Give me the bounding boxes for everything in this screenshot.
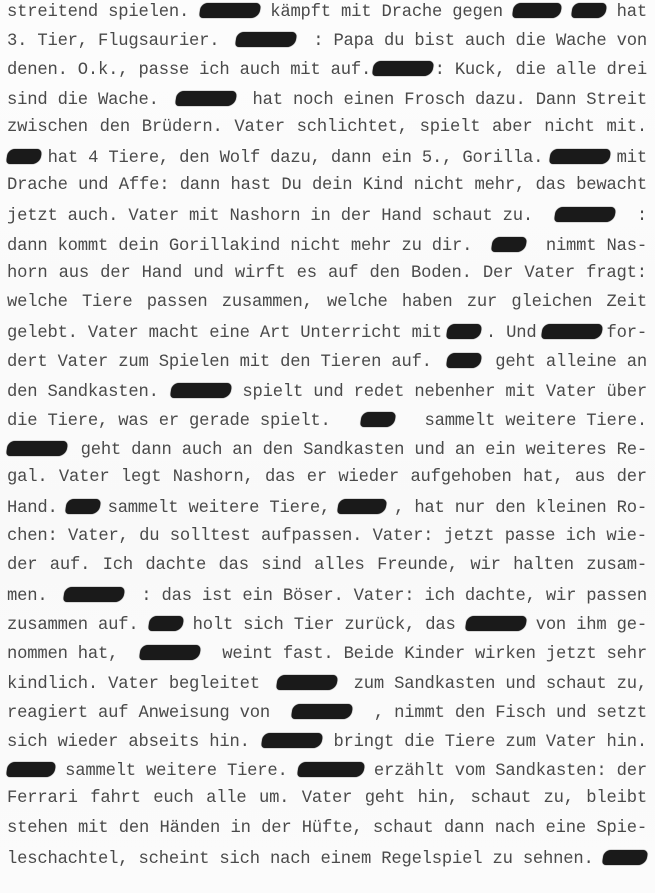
- word: das: [535, 176, 565, 195]
- word: der: [261, 819, 291, 838]
- text-line: denen. O.k., passe ich auch mit auf.: Ku…: [7, 59, 647, 85]
- word: schaut: [373, 819, 434, 838]
- text-segment: nimmt Nas-: [546, 237, 647, 256]
- text-line: jetzt auch. Vater mit Nashorn in der Han…: [7, 205, 647, 231]
- redaction-mark: [360, 412, 396, 427]
- redaction-mark: [372, 61, 434, 76]
- redaction-mark: [540, 324, 602, 339]
- text-line: nommen hat,weint fast. Beide Kinder wirk…: [7, 643, 647, 669]
- text-segment: , nimmt den Fisch und setzt: [374, 704, 647, 723]
- scanned-document-page: streitend spielen.kämpft mit Drache gege…: [0, 0, 655, 893]
- word: solltest: [170, 527, 251, 546]
- word: legt: [121, 468, 161, 487]
- word: ich: [566, 527, 596, 546]
- word: wieder: [338, 468, 399, 487]
- redaction-mark: [554, 207, 616, 222]
- redaction-mark: [571, 3, 607, 18]
- text-line: dert Vater zum Spielen mit den Tieren au…: [7, 351, 647, 377]
- word: Händen: [159, 819, 220, 838]
- text-line: streitend spielen.kämpft mit Drache gege…: [7, 1, 647, 27]
- text-line: reagiert auf Anweisung von, nimmt den Fi…: [7, 702, 647, 728]
- text-line: hat 4 Tiere, den Wolf dazu, dann ein 5.,…: [7, 147, 647, 173]
- word: dachte: [145, 556, 206, 575]
- text-line: gal.VaterlegtNashorn,daserwiederaufgehob…: [7, 468, 647, 494]
- text-segment: sich wieder abseits hin.: [7, 733, 250, 752]
- redaction-mark: [291, 704, 353, 719]
- redaction-mark: [276, 675, 338, 690]
- word: schlichtet,: [297, 118, 408, 137]
- word: fahrt: [90, 789, 141, 808]
- word: aus: [575, 468, 605, 487]
- word: passen: [147, 293, 208, 312]
- text-segment: men.: [7, 587, 47, 606]
- text-line: leschachtel, scheint sich nach einem Reg…: [7, 848, 647, 874]
- text-segment: holt sich Tier zurück, das: [193, 616, 456, 635]
- word: Hüfte,: [302, 819, 363, 838]
- word: Freunde,: [377, 556, 458, 575]
- redaction-mark: [147, 616, 183, 631]
- text-segment: mit: [617, 149, 647, 168]
- word: jetzt: [444, 527, 495, 546]
- word: zu,: [544, 789, 574, 808]
- text-segment: erzählt vom Sandkasten: der: [374, 762, 647, 781]
- word: Kind: [363, 176, 403, 195]
- word: Du: [281, 176, 301, 195]
- word: du: [139, 527, 159, 546]
- text-segment: : das ist ein Böser. Vater: ich dachte, …: [141, 587, 647, 606]
- redaction-mark: [235, 32, 297, 47]
- word: Spie-: [596, 819, 647, 838]
- redaction-mark: [6, 762, 56, 777]
- text-segment: leschachtel, scheint sich nach einem Reg…: [7, 850, 594, 869]
- word: den: [119, 819, 149, 838]
- word: Boden.: [411, 264, 472, 283]
- word: zur: [467, 293, 497, 312]
- word: welche: [7, 293, 68, 312]
- word: den: [100, 118, 130, 137]
- word: stehen: [7, 819, 68, 838]
- word: auf: [328, 264, 358, 283]
- text-segment: hat: [617, 3, 647, 22]
- text-segment: hat 4 Tiere, den Wolf dazu, dann ein 5.,…: [48, 149, 544, 168]
- text-segment: sind die Wache.: [7, 91, 159, 110]
- word: Vater: [59, 468, 110, 487]
- text-segment: gelebt. Vater macht eine Art Unterricht …: [7, 324, 442, 343]
- word: Brüdern.: [142, 118, 223, 137]
- word: wirft: [235, 264, 286, 283]
- text-line: zusammen auf.holt sich Tier zurück, dasv…: [7, 614, 647, 640]
- redaction-mark: [491, 237, 527, 252]
- redaction-mark: [446, 324, 482, 339]
- word: in: [231, 819, 251, 838]
- redaction-mark: [297, 762, 365, 777]
- word: aus: [59, 264, 89, 283]
- text-segment: sammelt weitere Tiere.: [65, 762, 288, 781]
- redaction-mark: [512, 3, 562, 18]
- text-segment: dann kommt dein Gorillakind nicht mehr z…: [7, 237, 472, 256]
- redaction-mark: [199, 3, 261, 18]
- word: horn: [7, 264, 47, 283]
- word: wie-: [606, 527, 646, 546]
- word: Vater,: [68, 527, 129, 546]
- text-line: den Sandkasten.spielt und redet nebenher…: [7, 381, 647, 407]
- text-segment: von ihm ge-: [536, 616, 647, 635]
- text-line: zwischendenBrüdern.Vaterschlichtet,spiel…: [7, 118, 647, 144]
- text-segment: . Und: [486, 324, 537, 343]
- text-segment: bringt die Tiere zum Vater hin.: [333, 733, 647, 752]
- text-segment: die Tiere, was er gerade spielt.: [7, 412, 331, 431]
- word: halten: [513, 556, 574, 575]
- text-segment: sammelt weitere Tiere.: [424, 412, 647, 431]
- text-line: dann kommt dein Gorillakind nicht mehr z…: [7, 235, 647, 261]
- word: alles: [314, 556, 365, 575]
- text-segment: geht dann auch an den Sandkasten und an …: [81, 441, 647, 460]
- text-segment: jetzt auch. Vater mit Nashorn in der Han…: [7, 207, 533, 226]
- word: Vater:: [373, 527, 434, 546]
- word: zwischen: [7, 118, 88, 137]
- word: Zeit: [607, 293, 647, 312]
- word: dann: [444, 819, 484, 838]
- redaction-mark: [170, 383, 232, 398]
- text-segment: reagiert auf Anweisung von: [7, 704, 270, 723]
- text-line: gelebt. Vater macht eine Art Unterricht …: [7, 322, 647, 348]
- word: gleichen: [511, 293, 592, 312]
- text-segment: kämpft mit Drache gegen: [270, 3, 503, 22]
- word: dann: [180, 176, 220, 195]
- word: den: [370, 264, 400, 283]
- text-segment: streitend spielen.: [7, 3, 189, 22]
- redaction-mark: [65, 499, 101, 514]
- word: und: [78, 176, 108, 195]
- text-segment: denen. O.k., passe ich auch mit auf.: [7, 61, 371, 80]
- text-line: Ferrarifahrteuchalleum.Vatergehthin,scha…: [7, 789, 647, 815]
- word: nicht: [544, 118, 595, 137]
- word: euch: [153, 789, 193, 808]
- text-segment: dert Vater zum Spielen mit den Tieren au…: [7, 353, 432, 372]
- text-line: geht dann auch an den Sandkasten und an …: [7, 439, 647, 465]
- word: Ferrari: [7, 789, 78, 808]
- text-line: sind die Wache.hat noch einen Frosch daz…: [7, 89, 647, 115]
- word: eine: [546, 819, 586, 838]
- text-segment: :: [637, 207, 647, 226]
- word: Nashorn,: [173, 468, 254, 487]
- word: Tiere: [82, 293, 133, 312]
- word: Affe:: [119, 176, 170, 195]
- text-line: stehenmitdenHändeninderHüfte,schautdannn…: [7, 819, 647, 845]
- word: alle: [206, 789, 246, 808]
- text-line: DracheundAffe:dannhastDudeinKindnichtmeh…: [7, 176, 647, 202]
- word: welche: [327, 293, 388, 312]
- text-segment: for-: [607, 324, 647, 343]
- text-segment: weint fast. Beide Kinder wirken jetzt se…: [222, 645, 647, 664]
- text-line: chen:Vater,dusolltestaufpassen.Vater:jet…: [7, 527, 647, 553]
- text-line: kindlich. Vater begleitetzum Sandkasten …: [7, 673, 647, 699]
- word: fragt:: [586, 264, 647, 283]
- word: Der: [483, 264, 513, 283]
- word: aufpassen.: [261, 527, 362, 546]
- word: Vater: [524, 264, 575, 283]
- word: bleibt: [586, 789, 647, 808]
- redaction-mark: [139, 645, 201, 660]
- word: gal.: [7, 468, 47, 487]
- word: mit.: [607, 118, 647, 137]
- text-segment: zum Sandkasten und schaut zu,: [354, 675, 647, 694]
- word: der: [617, 468, 647, 487]
- word: Vater: [302, 789, 353, 808]
- text-segment: geht alleine an: [495, 353, 647, 372]
- text-line: die Tiere, was er gerade spielt.sammelt …: [7, 410, 647, 436]
- word: er: [307, 468, 327, 487]
- text-segment: 3. Tier, Flugsaurier.: [7, 32, 219, 51]
- redaction-mark: [175, 91, 237, 106]
- text-line: hornausderHandundwirftesaufdenBoden.DerV…: [7, 264, 647, 290]
- word: mit: [78, 819, 108, 838]
- word: aufgehoben: [410, 468, 511, 487]
- word: aber: [492, 118, 532, 137]
- word: hin,: [418, 789, 458, 808]
- text-segment: spielt und redet nebenher mit Vater über: [242, 383, 647, 402]
- word: zusammen,: [222, 293, 313, 312]
- redaction-mark: [63, 587, 125, 602]
- text-segment: den Sandkasten.: [7, 383, 159, 402]
- text-line: derauf.IchdachtedassindallesFreunde,wirh…: [7, 556, 647, 582]
- text-segment: hat noch einen Frosch dazu. Dann Streit: [253, 91, 647, 110]
- word: hat,: [523, 468, 563, 487]
- text-line: men.: das ist ein Böser. Vater: ich dach…: [7, 585, 647, 611]
- word: das: [218, 556, 248, 575]
- word: passe: [505, 527, 556, 546]
- text-segment: Hand.: [7, 499, 58, 518]
- text-line: sammelt weitere Tiere.erzählt vom Sandka…: [7, 760, 647, 786]
- word: wir: [470, 556, 500, 575]
- redaction-mark: [445, 353, 481, 368]
- word: nicht: [414, 176, 465, 195]
- word: der: [7, 556, 37, 575]
- text-segment: : Papa du bist auch die Wache von: [313, 32, 647, 51]
- text-segment: : Kuck, die alle drei: [435, 61, 647, 80]
- word: Hand: [142, 264, 182, 283]
- word: sind: [261, 556, 301, 575]
- word: es: [297, 264, 317, 283]
- text-segment: nommen hat,: [7, 645, 118, 664]
- word: haben: [402, 293, 453, 312]
- text-segment: kindlich. Vater begleitet: [7, 675, 260, 694]
- text-line: sich wieder abseits hin.bringt die Tiere…: [7, 731, 647, 757]
- text-segment: , hat nur den kleinen Ro-: [394, 499, 647, 518]
- word: der: [100, 264, 130, 283]
- word: geht: [365, 789, 405, 808]
- word: und: [193, 264, 223, 283]
- redaction-mark: [6, 441, 68, 456]
- word: hast: [231, 176, 271, 195]
- redaction-mark: [549, 149, 611, 164]
- text-line: 3. Tier, Flugsaurier.: Papa du bist auch…: [7, 30, 647, 56]
- text-segment: sammelt weitere Tiere,: [108, 499, 331, 518]
- word: bewacht: [576, 176, 647, 195]
- redaction-mark: [6, 149, 42, 164]
- text-segment: zusammen auf.: [7, 616, 138, 635]
- redaction-mark: [602, 850, 648, 865]
- word: Ich: [103, 556, 133, 575]
- redaction-mark: [337, 499, 387, 514]
- word: mehr,: [475, 176, 526, 195]
- word: das: [265, 468, 295, 487]
- text-line: welcheTierepassenzusammen,welchehabenzur…: [7, 293, 647, 319]
- redaction-mark: [261, 733, 323, 748]
- word: dein: [312, 176, 352, 195]
- text-line: Hand.sammelt weitere Tiere,, hat nur den…: [7, 497, 647, 523]
- word: nach: [495, 819, 535, 838]
- word: um.: [259, 789, 289, 808]
- word: Vater: [234, 118, 285, 137]
- word: zusam-: [586, 556, 647, 575]
- redaction-mark: [465, 616, 527, 631]
- word: spielt: [420, 118, 481, 137]
- word: Drache: [7, 176, 68, 195]
- word: schaut: [470, 789, 531, 808]
- word: auf.: [50, 556, 90, 575]
- word: chen:: [7, 527, 58, 546]
